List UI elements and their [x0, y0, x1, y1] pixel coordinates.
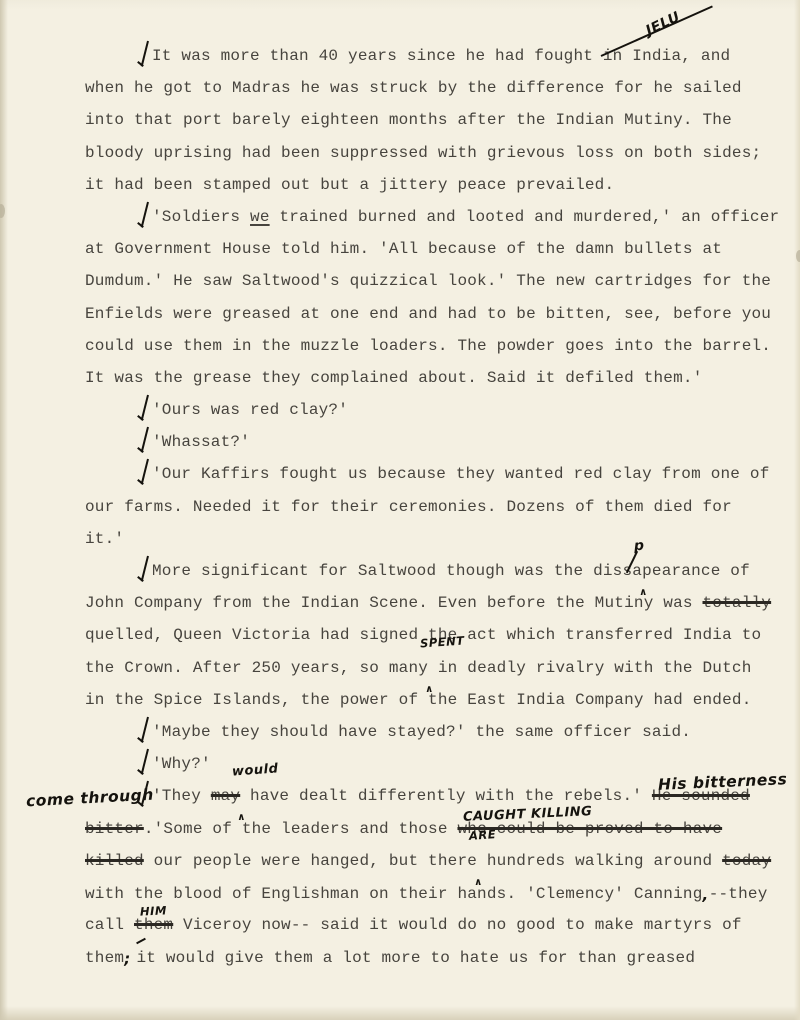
- struck-text: killed: [85, 852, 144, 870]
- typed-line: It was the grease they complained about.…: [85, 362, 780, 394]
- struck-text: bitter: [85, 820, 144, 838]
- typed-line: More significant for Saltwood though was…: [85, 555, 780, 587]
- paragraph-insert-mark: [137, 202, 150, 229]
- typed-line: call themHIM Viceroy now-- said it would…: [85, 909, 780, 941]
- typed-text: 'Our Kaffirs fought us because they want…: [152, 465, 770, 483]
- scan-smudge: [796, 250, 800, 262]
- handwritten-insert-word: would: [231, 754, 280, 789]
- typed-line: 'Maybe they should have stayed?' the sam…: [85, 716, 780, 748]
- typed-text: 'Why?': [152, 755, 211, 773]
- typed-text: 'Soldiers: [152, 208, 250, 226]
- paragraph-insert-mark: [137, 427, 150, 454]
- struck-with-replacement: who could be proved to haveCAUGHT KILLIN…: [457, 813, 722, 845]
- paragraph-insert-mark: [137, 717, 150, 744]
- typed-line: our farms. Needed it for their ceremonie…: [85, 491, 780, 523]
- typed-line: bloody uprising had been suppressed with…: [85, 137, 780, 169]
- handwritten-insert-word: ARE: [468, 819, 497, 853]
- typed-line: It was more than 40 years since he had f…: [85, 40, 780, 72]
- paragraph-insert-mark: [137, 41, 150, 68]
- typed-text: in the Spice Islands, the power of the E…: [85, 691, 752, 709]
- typed-text: trained burned and looted and murdered,'…: [270, 208, 780, 226]
- typed-line: in the Spice Islands, the power of the E…: [85, 684, 780, 716]
- struck-with-replacement: themHIM: [134, 909, 173, 941]
- typed-line: Dumdum.' He saw Saltwood's quizzical loo…: [85, 265, 780, 297]
- typed-text: John Company from the Indian Scene. Even…: [85, 594, 703, 612]
- handwritten-replacement-word: His bitterness: [657, 764, 788, 802]
- typed-manuscript-body: It was more than 40 years since he had f…: [85, 40, 780, 973]
- typed-line: 'Whassat?': [85, 426, 780, 458]
- typed-text: 'Ours was red clay?': [152, 401, 348, 419]
- typed-line: them; it would give them a lot more to h…: [85, 941, 780, 973]
- typed-text: .'Some of the leaders and those: [144, 820, 458, 838]
- typed-text: at Government House told him. 'All becau…: [85, 240, 722, 258]
- typed-text: when he got to Madras he was struck by t…: [85, 79, 742, 97]
- typed-text: our people were hanged, but there: [144, 852, 477, 870]
- typed-line: could use them in the muzzle loaders. Th…: [85, 330, 780, 362]
- typed-text: Enfields were greased at one end and had…: [85, 305, 771, 323]
- typed-text: the Crown. After 250 years, so many: [85, 659, 428, 677]
- handwritten-replacement-word: HIM: [139, 894, 167, 927]
- typed-text: our farms. Needed it for their ceremonie…: [85, 498, 732, 516]
- manuscript-page: { "page": { "background": "#f4f0e2", "ty…: [0, 0, 800, 1020]
- typed-text: pearance of: [642, 562, 750, 580]
- struck-text: totally: [703, 594, 772, 612]
- typed-text: --they: [709, 885, 768, 903]
- typed-text: Viceroy now-- said it would do no good t…: [173, 916, 742, 934]
- typed-text: 'Whassat?': [152, 433, 250, 451]
- typed-text: Dumdum.' He saw Saltwood's quizzical loo…: [85, 272, 771, 290]
- scan-smudge: [0, 204, 5, 218]
- handwritten-insert-word: SPENT: [419, 625, 466, 660]
- typed-line: at Government House told him. 'All becau…: [85, 233, 780, 265]
- typed-line: killed our people were hanged, but there…: [85, 845, 780, 877]
- typed-text: it had been stamped out but a jittery pe…: [85, 176, 614, 194]
- paragraph-insert-mark: [137, 459, 150, 486]
- lowercase-corrected-text: it: [136, 942, 156, 974]
- struck-text: may: [211, 787, 240, 805]
- typed-text: would give them a lot more to hate us fo…: [156, 949, 695, 967]
- typed-line: it had been stamped out but a jittery pe…: [85, 169, 780, 201]
- typed-text: into that port barely eighteen months af…: [85, 111, 732, 129]
- paragraph-insert-mark: [137, 395, 150, 422]
- typed-line: when he got to Madras he was struck by t…: [85, 72, 780, 104]
- struck-with-replacement: He soundedHis bitterness: [652, 780, 750, 812]
- typed-line: John Company from the Indian Scene. Even…: [85, 587, 780, 619]
- typed-text: 'Maybe they should have stayed?' the sam…: [152, 723, 691, 741]
- typed-line: 'Ours was red clay?': [85, 394, 780, 426]
- typed-text: in deadly rivalry with the Dutch: [428, 659, 751, 677]
- paragraph-insert-mark: [137, 749, 150, 776]
- typed-line: 'Soldiers we trained burned and looted a…: [85, 201, 780, 233]
- typed-line: 'Our Kaffirs fought us because they want…: [85, 458, 780, 490]
- handwritten-mark: ,: [703, 886, 709, 904]
- handwritten-mark: ;: [124, 950, 136, 968]
- paper-background: It was more than 40 years since he had f…: [0, 0, 800, 1020]
- typed-text: could use them in the muzzle loaders. Th…: [85, 337, 771, 355]
- typed-line: Enfields were greased at one end and had…: [85, 298, 780, 330]
- typed-text: More significant for Saltwood though was…: [152, 562, 622, 580]
- typed-line: 'They maywould∧ have dealt differently w…: [85, 780, 780, 812]
- typed-line: into that port barely eighteen months af…: [85, 104, 780, 136]
- typed-text: them: [85, 949, 124, 967]
- typed-text: with the blood of Englishman on their ha…: [85, 885, 703, 903]
- typed-text: It was the grease they complained about.…: [85, 369, 703, 387]
- typed-text: hundreds walking around: [477, 852, 722, 870]
- underlined-text: we: [250, 208, 270, 226]
- struck-text: today: [722, 852, 771, 870]
- typed-text: bloody uprising had been suppressed with…: [85, 144, 761, 162]
- typed-text: call: [85, 916, 134, 934]
- typed-line: bitter.'Some of the leaders and those wh…: [85, 813, 780, 845]
- typed-text: it.': [85, 530, 124, 548]
- typed-line: it.': [85, 523, 780, 555]
- typed-text: It was more than 40 years since he had f…: [152, 47, 730, 65]
- typed-text: 'They: [152, 787, 211, 805]
- typed-line: the Crown. After 250 years, so manySPENT…: [85, 652, 780, 684]
- typed-line: with the blood of Englishman on their ha…: [85, 877, 780, 909]
- paragraph-insert-mark: [137, 556, 150, 583]
